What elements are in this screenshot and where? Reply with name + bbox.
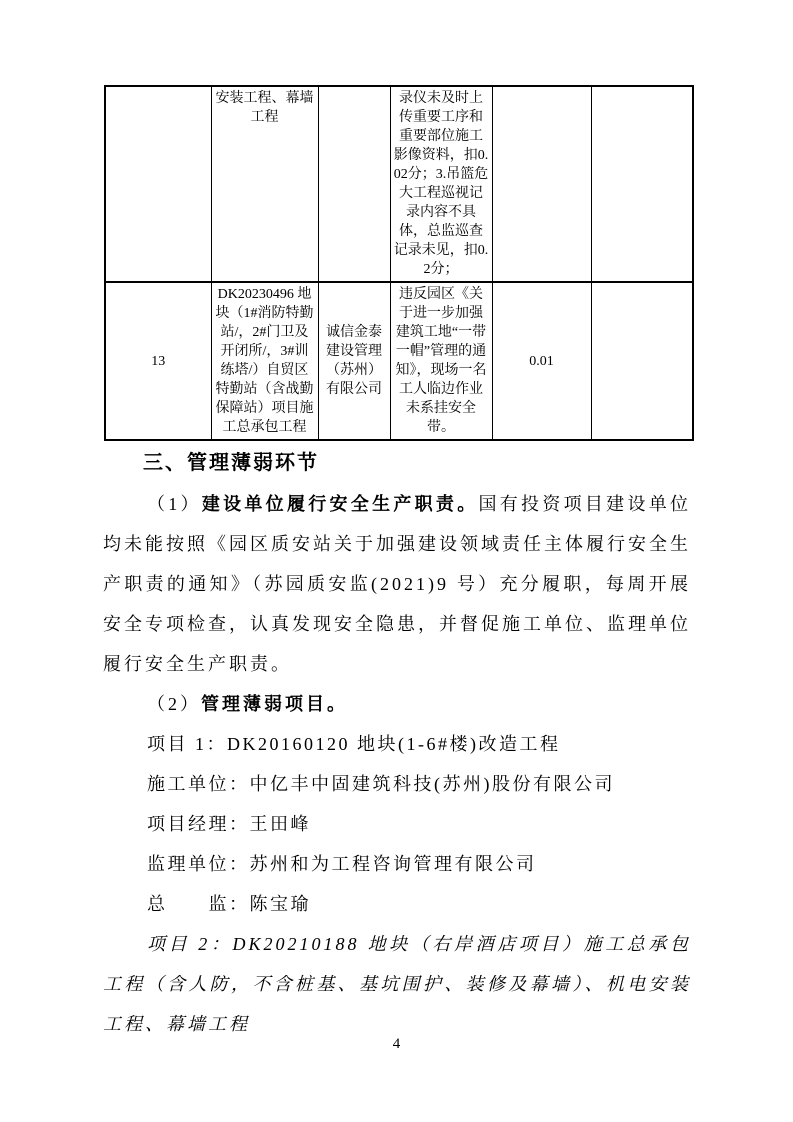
cell-score (492, 86, 591, 282)
para-2-label: （2） (147, 694, 201, 714)
cell-unit: 诚信金泰建设管理（苏州）有限公司 (318, 282, 390, 440)
cell-score: 0.01 (492, 282, 591, 440)
project1-chief-supervisor: 总 监：陈宝瑜 (147, 884, 691, 924)
table-row-13: 13 DK20230496 地块（1#消防特勤站/，2#门卫及开闭所/，3#训练… (105, 282, 693, 440)
cell-problem: 录仪未及时上传重要工序和重要部位施工影像资料，扣0.02分；3.吊篮危大工程巡视… (390, 86, 492, 282)
project1-manager: 项目经理：王田峰 (147, 804, 691, 844)
section-heading: 三、管理薄弱环节 (143, 442, 691, 484)
para-1-body: 国有投资项目建设单位均未能按照《园区质安站关于加强建设领域责任主体履行安全生产职… (103, 494, 691, 674)
cell-unit (318, 86, 390, 282)
document-page: 安装工程、幕墙工程 录仪未及时上传重要工序和重要部位施工影像资料，扣0.02分；… (0, 0, 793, 1122)
para-2-bold-lead: 管理薄弱项目。 (201, 694, 348, 714)
cell-problem: 违反园区《关于进一步加强建筑工地“一带一帽”管理的通知》，现场一名工人临边作业未… (390, 282, 492, 440)
section-weak-points: 三、管理薄弱环节 （1）建设单位履行安全生产职责。国有投资项目建设单位均未能按照… (103, 442, 691, 1044)
cell-project: DK20230496 地块（1#消防特勤站/，2#门卫及开闭所/，3#训练塔/）… (211, 282, 318, 440)
cell-seq: 13 (105, 282, 211, 440)
para-construction-unit-duty: （1）建设单位履行安全生产职责。国有投资项目建设单位均未能按照《园区质安站关于加… (103, 484, 691, 684)
project1-builder: 施工单位：中亿丰中固建筑科技(苏州)股份有限公司 (147, 764, 691, 804)
project1-title: 项目 1：DK20160120 地块(1-6#楼)改造工程 (147, 724, 691, 764)
cell-project: 安装工程、幕墙工程 (211, 86, 318, 282)
project2-title: 项目 2：DK20210188 地块（右岸酒店项目）施工总承包工程（含人防，不含… (103, 924, 691, 1044)
cell-seq (105, 86, 211, 282)
project1-supervisor-unit: 监理单位：苏州和为工程咨询管理有限公司 (147, 844, 691, 884)
table-row-continuation: 安装工程、幕墙工程 录仪未及时上传重要工序和重要部位施工影像资料，扣0.02分；… (105, 86, 693, 282)
deduction-table: 安装工程、幕墙工程 录仪未及时上传重要工序和重要部位施工影像资料，扣0.02分；… (104, 85, 694, 441)
para-1-bold-lead: 建设单位履行安全生产职责。 (202, 494, 479, 514)
para-weak-projects: （2）管理薄弱项目。 (103, 684, 691, 724)
para-1-label: （1） (147, 494, 202, 514)
cell-remark (591, 86, 693, 282)
page-number: 4 (0, 1036, 793, 1053)
cell-remark (591, 282, 693, 440)
